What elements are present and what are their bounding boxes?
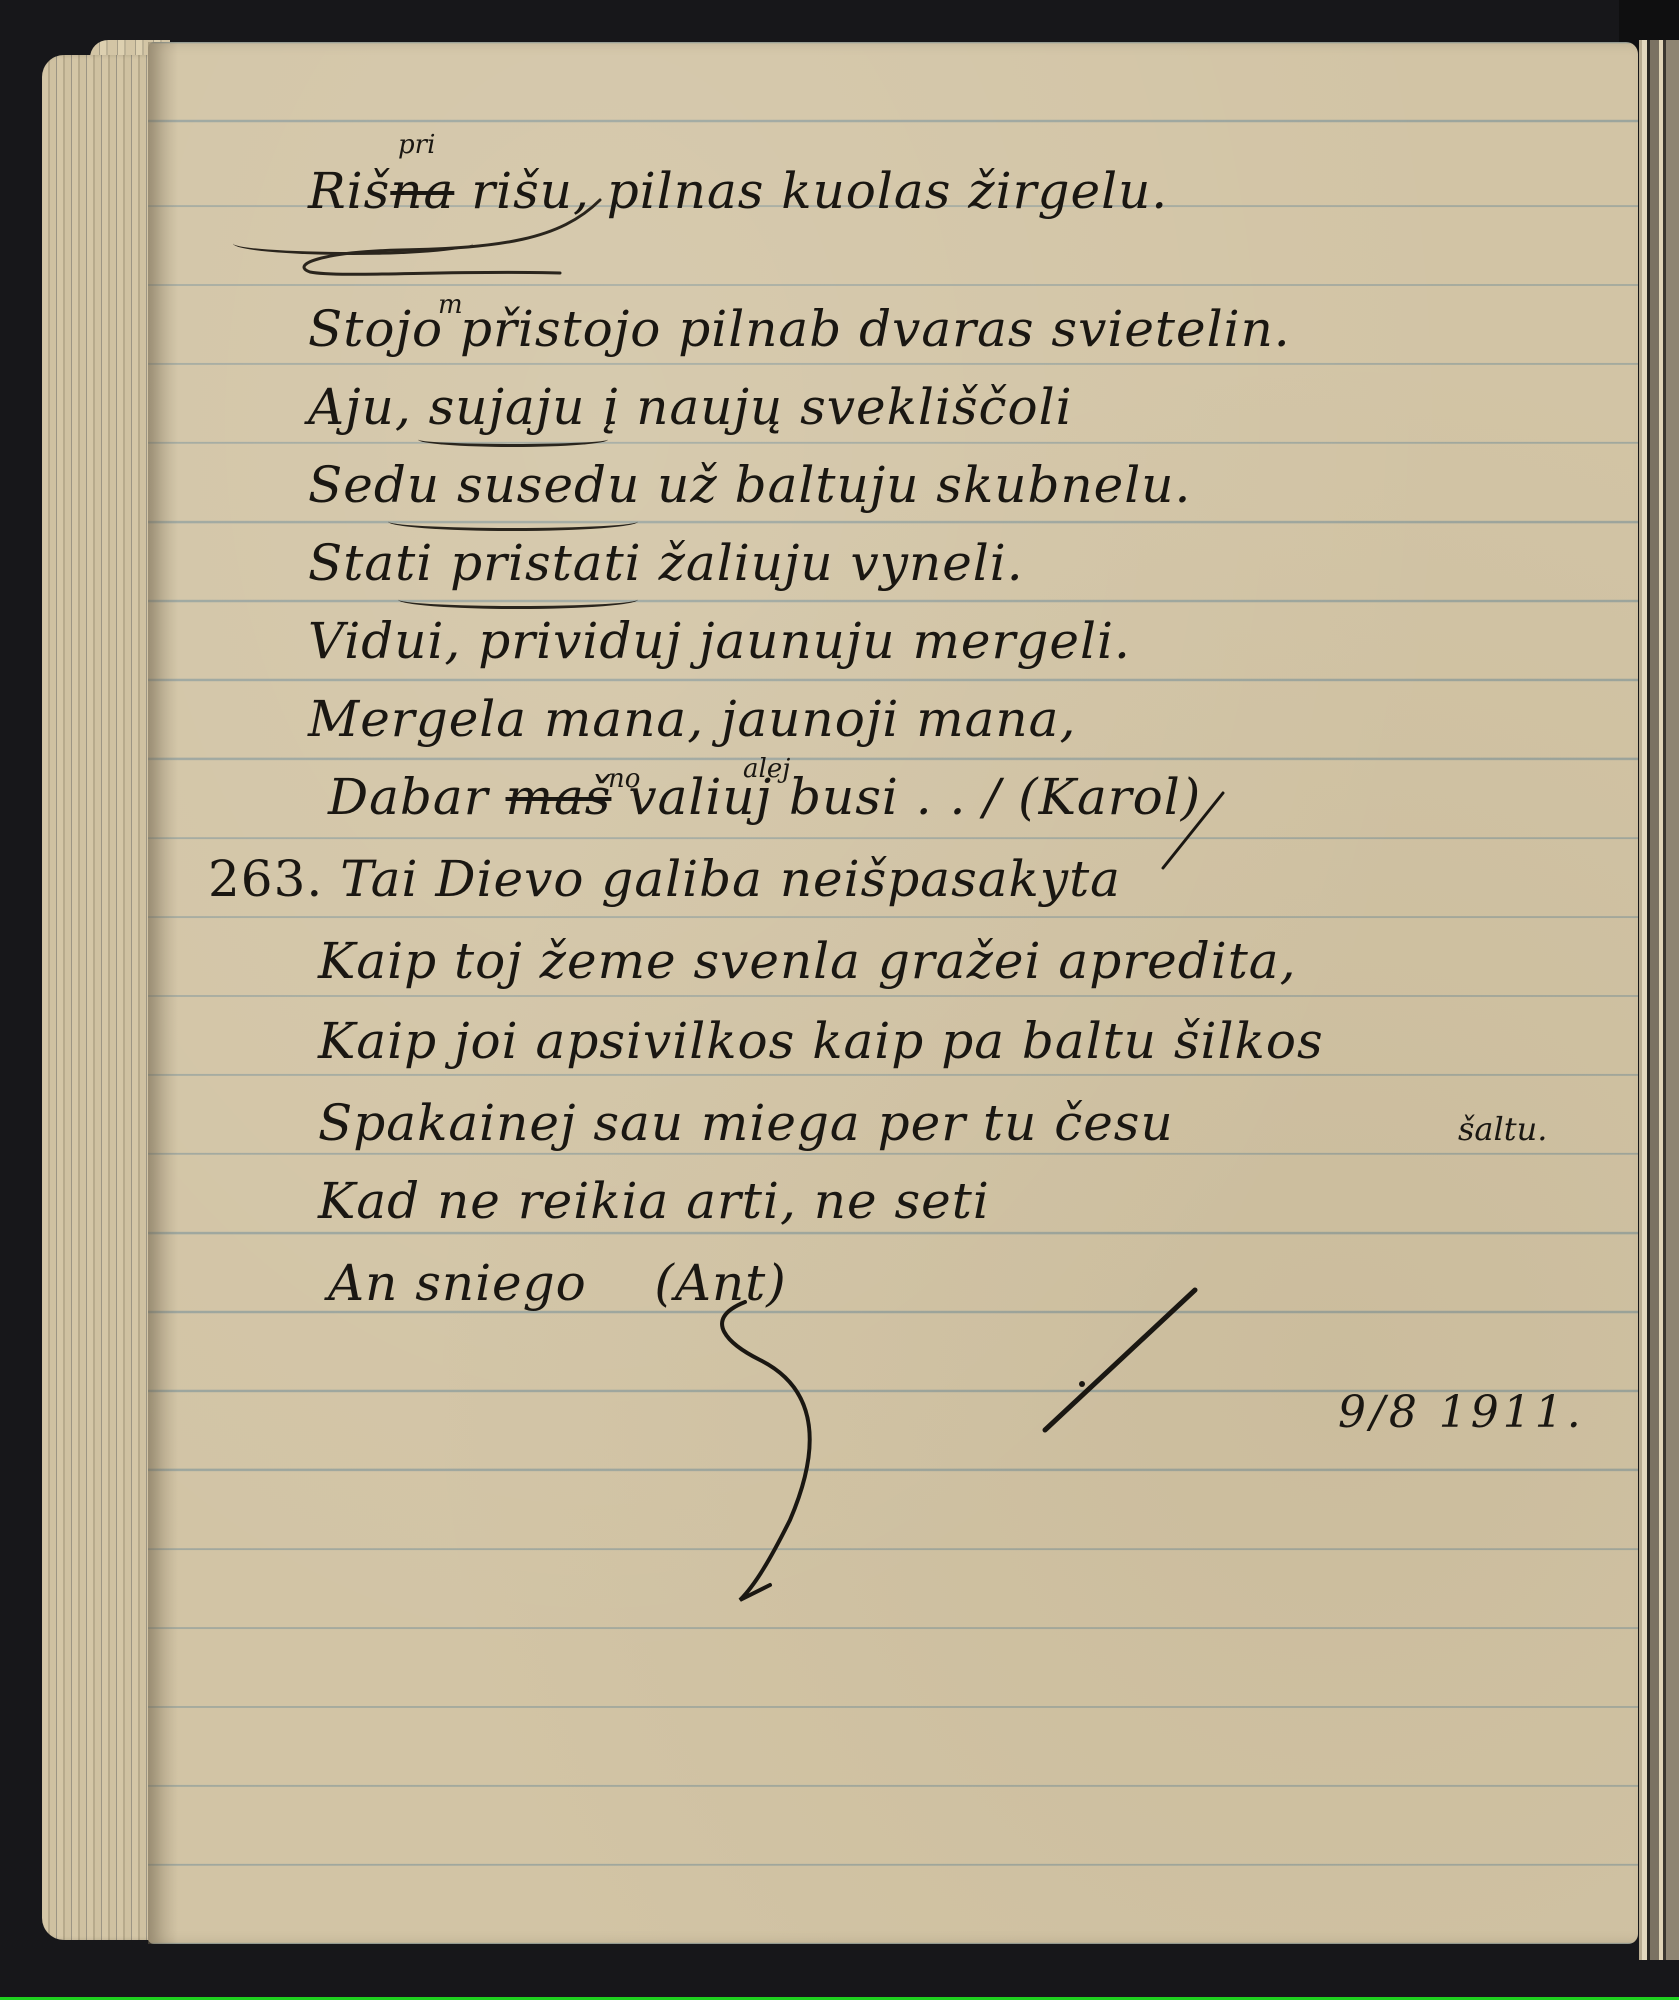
manuscript-line-14: An sniego (Ant) xyxy=(328,1254,787,1312)
line-1-rest: rišu, pilnas kuolas žirgelu. xyxy=(454,162,1168,220)
struck-word: maš xyxy=(506,768,612,826)
attribution-karol: (Karol) xyxy=(1018,768,1201,826)
struck-word: na xyxy=(390,162,454,220)
entry-date: 9/8 1911. xyxy=(1338,1387,1585,1438)
manuscript-line-6: Vidui, prividuj jaunuju mergeli. xyxy=(308,612,1131,670)
manuscript-line-10: Kaip toj žeme svenla gražei apredita, xyxy=(318,932,1297,990)
manuscript-line-9: 263. Tai Dievo galiba neišpasakyta xyxy=(208,850,1121,908)
line-9-text: Tai Dievo galiba neišpasakyta xyxy=(340,850,1121,908)
insertion-above: pri xyxy=(398,130,435,160)
underline-stroke xyxy=(418,432,608,447)
line-8-start: Dabar xyxy=(328,768,489,826)
line-14-text: An sniego xyxy=(328,1254,587,1312)
underline-stroke xyxy=(398,590,638,609)
manuscript-line-1: Rišna rišu, pilnas kuolas žirgelu. xyxy=(308,162,1168,220)
underline-stroke xyxy=(388,512,638,531)
handwritten-text: Rišna rišu, pilnas kuolas žirgelu. pri S… xyxy=(148,42,1638,1944)
manuscript-line-4: Sedu susedu už baltuju skubnelu. xyxy=(308,456,1191,514)
line-8-mark: . . / xyxy=(916,768,1001,826)
notebook-binding xyxy=(1639,40,1679,1960)
manuscript-line-5: Stati pristati žaliuju vyneli. xyxy=(308,534,1024,592)
flourish-stroke xyxy=(233,232,473,255)
line-1-word-1: Riš xyxy=(308,162,390,220)
insertion-above: no xyxy=(608,764,640,794)
entry-number: 263. xyxy=(208,850,323,908)
manuscript-line-3: Aju, sujaju į naujų svekliščoli xyxy=(308,378,1073,436)
insertion-inline: šaltu. xyxy=(1458,1110,1547,1148)
attribution-ant: (Ant) xyxy=(654,1254,786,1312)
manuscript-line-11: Kaip joi apsivilkos kaip pa baltu šilkos xyxy=(318,1012,1324,1070)
line-8-end: busi xyxy=(789,768,899,826)
insertion-above: m xyxy=(438,290,463,320)
manuscript-line-12: Spakainej sau miega per tu česu xyxy=(318,1094,1174,1152)
insertion-above: alej xyxy=(743,754,790,784)
manuscript-line-13: Kad ne reikia arti, ne seti xyxy=(318,1172,990,1230)
manuscript-line-7: Mergela mana, jaunoji mana, xyxy=(308,690,1076,748)
